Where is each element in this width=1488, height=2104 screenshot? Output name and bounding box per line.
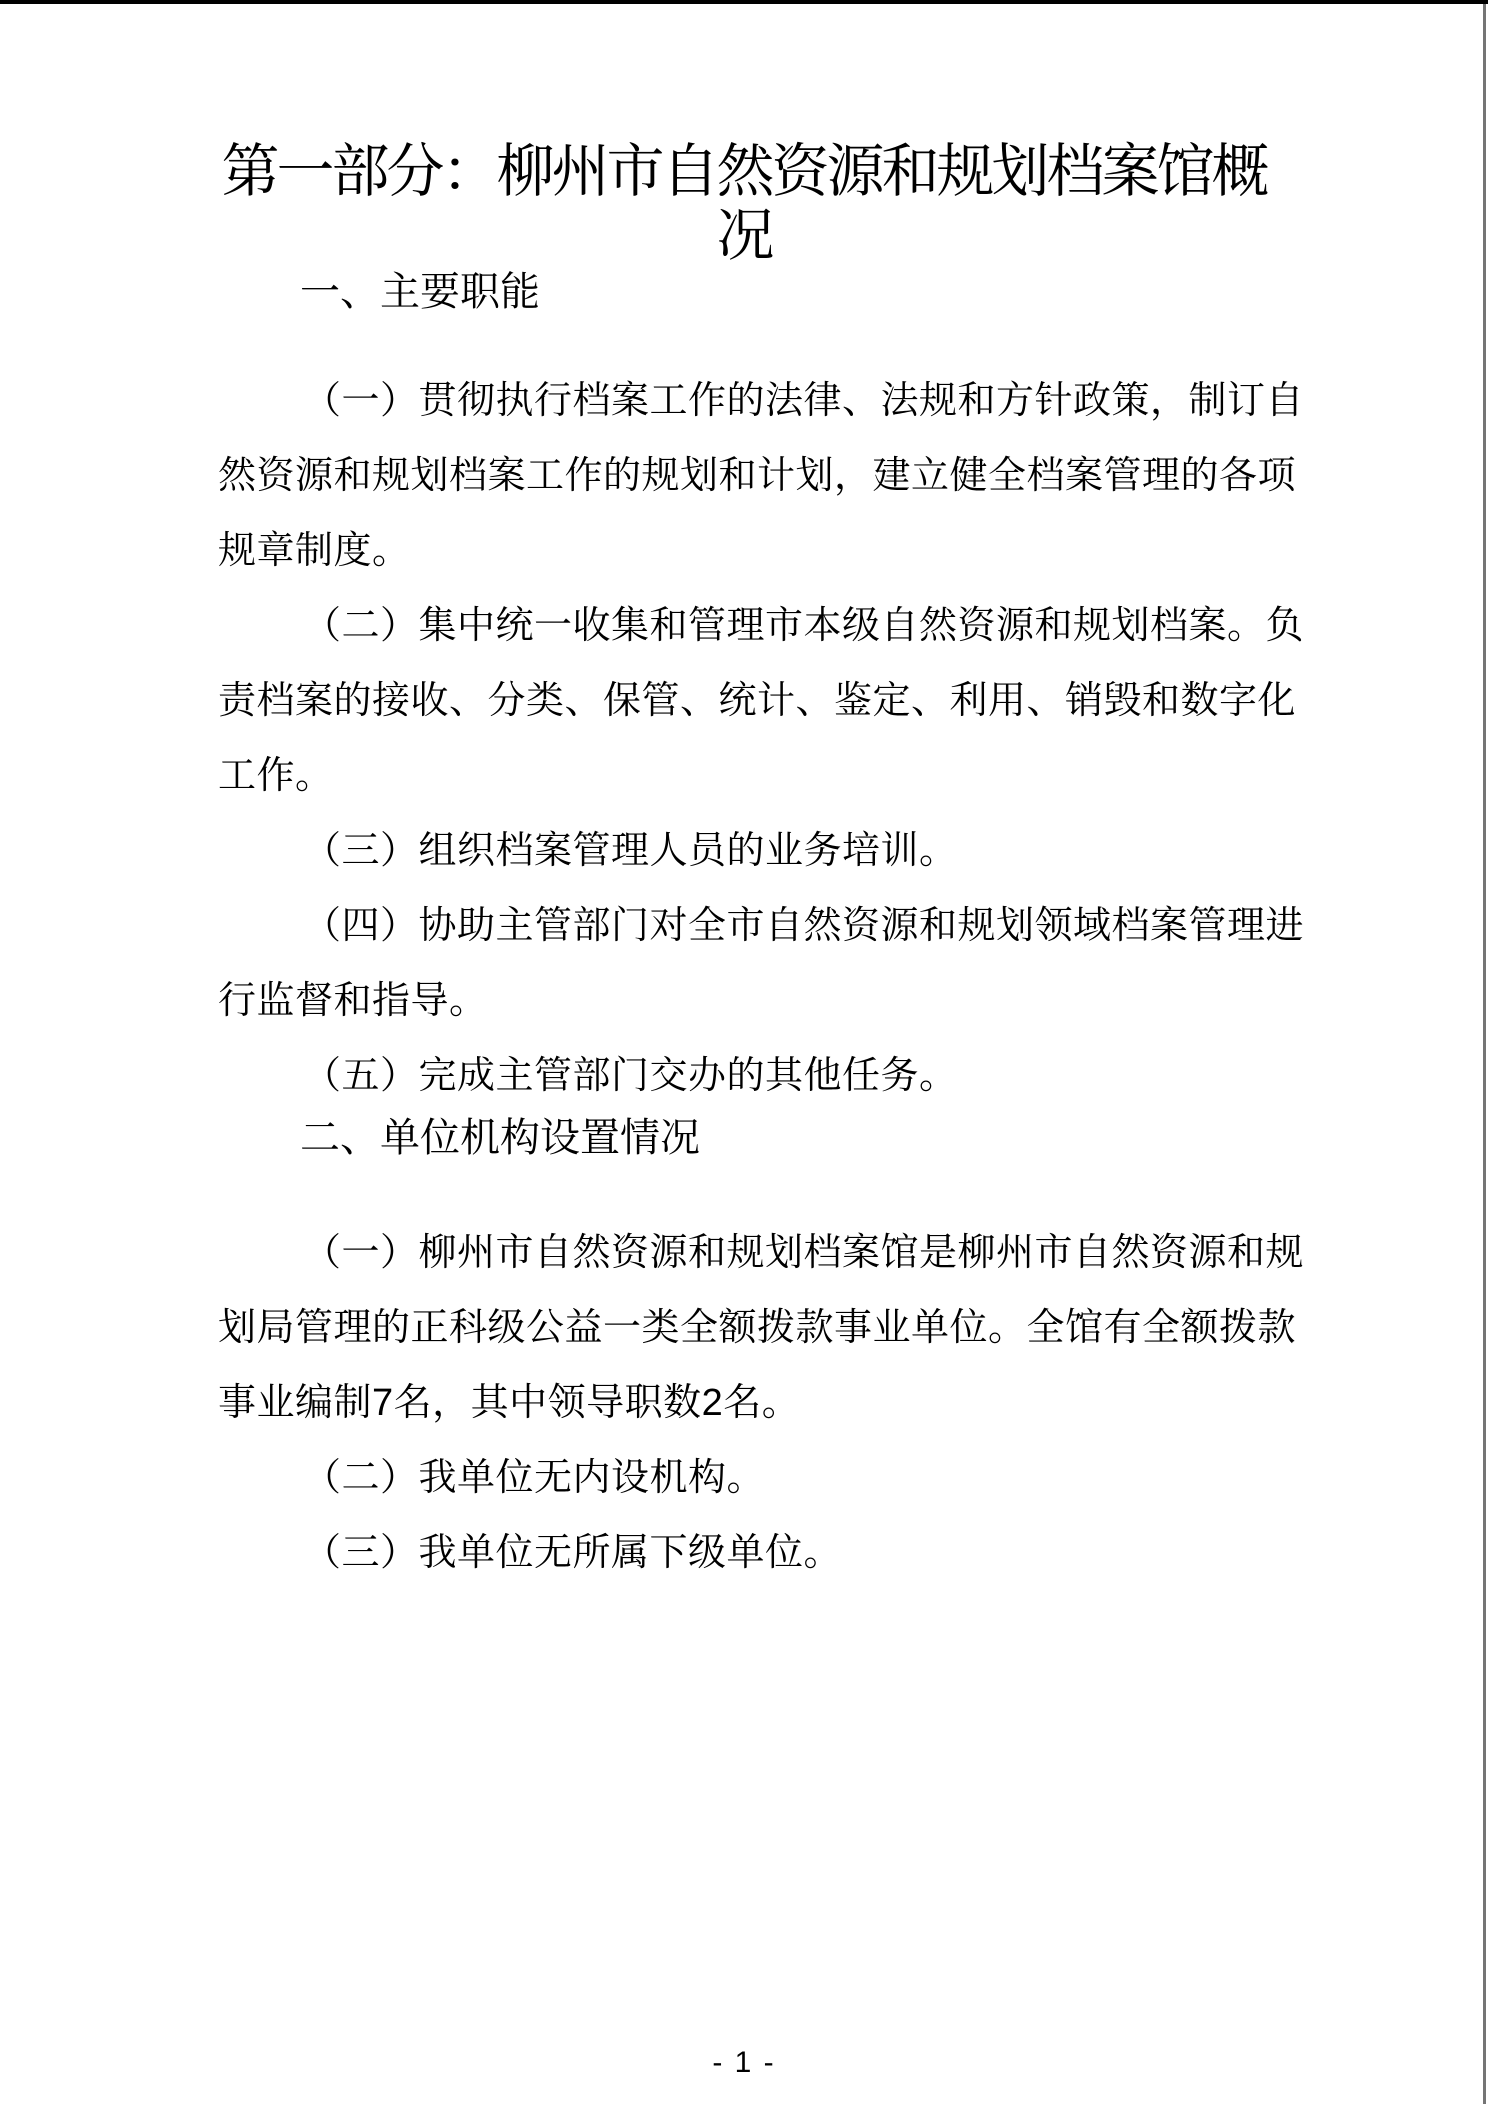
paragraph: （四）协助主管部门对全市自然资源和规划领域档案管理进 行监督和指导。 xyxy=(218,889,1300,1039)
paragraph: （五）完成主管部门交办的其他任务。 xyxy=(218,1039,1300,1114)
paragraph: （三）我单位无所属下级单位。 xyxy=(218,1516,1300,1591)
paragraph: （一）贯彻执行档案工作的法律、法规和方针政策，制订自 然资源和规划档案工作的规划… xyxy=(218,364,1300,589)
paragraph: （二）我单位无内设机构。 xyxy=(218,1441,1300,1516)
paragraph: （二）集中统一收集和管理市本级自然资源和规划档案。负 责档案的接收、分类、保管、… xyxy=(218,589,1300,814)
paragraph: （一）柳州市自然资源和规划档案馆是柳州市自然资源和规 划局管理的正科级公益一类全… xyxy=(218,1216,1300,1441)
page-number: - 1 - xyxy=(0,2046,1488,2080)
page-right-border xyxy=(1483,4,1486,2104)
section-main-functions: （一）贯彻执行档案工作的法律、法规和方针政策，制订自 然资源和规划档案工作的规划… xyxy=(218,364,1300,1114)
page-top-border xyxy=(0,0,1488,4)
section-org-structure: （一）柳州市自然资源和规划档案馆是柳州市自然资源和规 划局管理的正科级公益一类全… xyxy=(218,1216,1300,1591)
document-title: 第一部分：柳州市自然资源和规划档案馆概 况 xyxy=(0,140,1488,268)
paragraph: （三）组织档案管理人员的业务培训。 xyxy=(218,814,1300,889)
section-heading-org-structure: 二、单位机构设置情况 xyxy=(218,1114,1300,1162)
document-body: 一、主要职能 （一）贯彻执行档案工作的法律、法规和方针政策，制订自 然资源和规划… xyxy=(218,268,1300,1591)
section-heading-main-functions: 一、主要职能 xyxy=(218,268,1300,316)
document-page: 第一部分：柳州市自然资源和规划档案馆概 况 一、主要职能 （一）贯彻执行档案工作… xyxy=(0,0,1488,2104)
